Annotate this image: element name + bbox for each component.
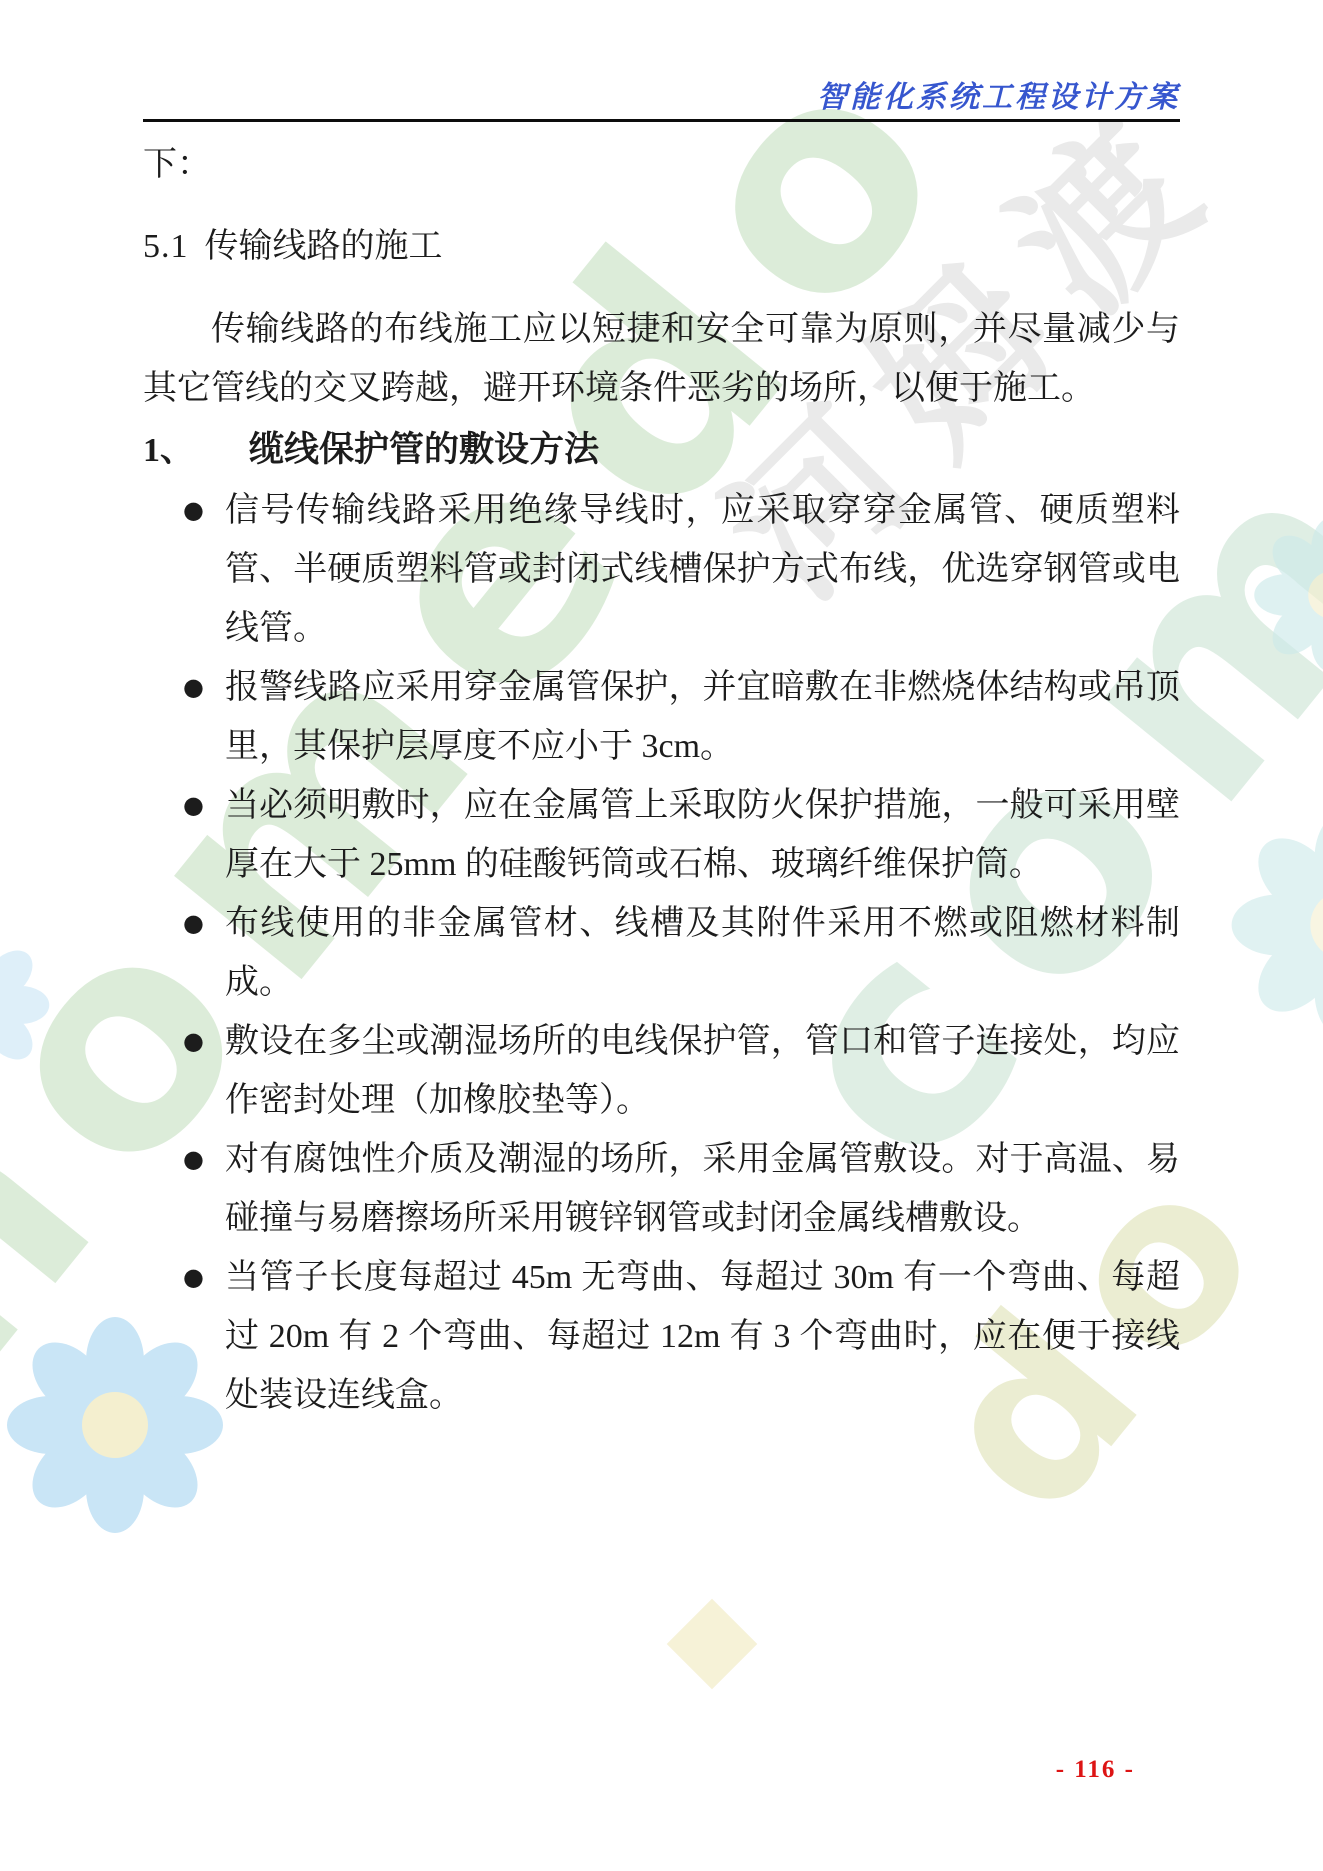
list-item-text: 报警线路应采用穿金属管保护，并宜暗敷在非燃烧体结构或吊顶里，其保护层厚度不应小于…: [225, 669, 1180, 765]
section-heading: 5.1传输线路的施工: [143, 224, 443, 270]
page-header-title: 智能化系统工程设计方案: [817, 72, 1180, 116]
list-item: ● 当管子长度每超过 45m 无弯曲、每超过 30m 有一个弯曲、每超过 20m…: [143, 1248, 1180, 1425]
list-item-text: 当管子长度每超过 45m 无弯曲、每超过 30m 有一个弯曲、每超过 20m 有…: [225, 1259, 1180, 1414]
list-item: ● 当必须明敷时，应在金属管上采取防火保护措施，一般可采用壁厚在大于 25mm …: [143, 776, 1180, 894]
list-item: ● 布线使用的非金属管材、线槽及其附件采用不燃或阻燃材料制成。: [143, 894, 1180, 1012]
bullet-icon: ●: [183, 894, 204, 953]
intro-paragraph: 传输线路的布线施工应以短捷和安全可靠为原则，并尽量减少与其它管线的交叉跨越，避开…: [143, 300, 1180, 418]
intro-fragment: 下：: [143, 140, 211, 190]
document-page: homedo com do 河姆渡: [0, 0, 1323, 1871]
list-heading-title: 缆线保护管的敷设方法: [249, 430, 599, 469]
list-item-text: 对有腐蚀性介质及潮湿的场所，采用金属管敷设。对于高温、易碰撞与易磨擦场所采用镀锌…: [225, 1141, 1180, 1237]
bullet-icon: ●: [183, 1130, 204, 1189]
bullet-list: ● 信号传输线路采用绝缘导线时，应采取穿穿金属管、硬质塑料管、半硬质塑料管或封闭…: [143, 481, 1180, 1425]
bullet-icon: ●: [183, 658, 204, 717]
list-heading-number: 1、: [143, 432, 194, 469]
list-item-text: 当必须明敷时，应在金属管上采取防火保护措施，一般可采用壁厚在大于 25mm 的硅…: [225, 787, 1180, 883]
page-number: - 116 -: [1056, 1756, 1135, 1784]
header-divider: [143, 119, 1180, 122]
list-item: ● 信号传输线路采用绝缘导线时，应采取穿穿金属管、硬质塑料管、半硬质塑料管或封闭…: [143, 481, 1180, 658]
bullet-icon: ●: [183, 1248, 204, 1307]
list-item-text: 布线使用的非金属管材、线槽及其附件采用不燃或阻燃材料制成。: [225, 905, 1180, 1001]
bullet-icon: ●: [183, 776, 204, 835]
bullet-icon: ●: [183, 481, 204, 540]
document-content: 智能化系统工程设计方案 下： 5.1传输线路的施工 传输线路的布线施工应以短捷和…: [0, 0, 1323, 1871]
list-item: ● 敷设在多尘或潮湿场所的电线保护管，管口和管子连接处，均应作密封处理（加橡胶垫…: [143, 1012, 1180, 1130]
list-item: ● 对有腐蚀性介质及潮湿的场所，采用金属管敷设。对于高温、易碰撞与易磨擦场所采用…: [143, 1130, 1180, 1248]
bullet-icon: ●: [183, 1012, 204, 1071]
section-number: 5.1: [143, 228, 189, 265]
list-item-text: 信号传输线路采用绝缘导线时，应采取穿穿金属管、硬质塑料管、半硬质塑料管或封闭式线…: [225, 492, 1180, 647]
list-item-text: 敷设在多尘或潮湿场所的电线保护管，管口和管子连接处，均应作密封处理（加橡胶垫等）…: [225, 1023, 1180, 1119]
section-title: 传输线路的施工: [205, 228, 443, 265]
list-item: ● 报警线路应采用穿金属管保护，并宜暗敷在非燃烧体结构或吊顶里，其保护层厚度不应…: [143, 658, 1180, 776]
list-heading: 1、缆线保护管的敷设方法: [143, 425, 599, 476]
